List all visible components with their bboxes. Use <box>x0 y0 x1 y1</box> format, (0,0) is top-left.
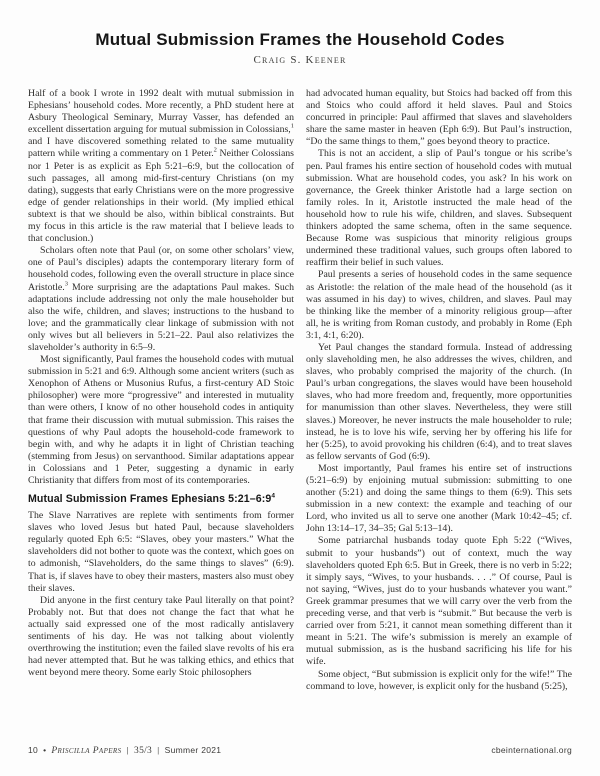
publisher-website: cbeinternational.org <box>491 745 572 755</box>
journal-name: Priscilla Papers <box>51 746 121 756</box>
section-heading: Mutual Submission Frames Ephesians 5:21–… <box>28 493 294 506</box>
body-paragraph: The Slave Narratives are replete with se… <box>28 510 294 595</box>
article-body: Half of a book I wrote in 1992 dealt wit… <box>28 88 572 726</box>
body-paragraph: Yet Paul changes the standard formula. I… <box>306 342 572 463</box>
page-number: 10 <box>28 745 38 755</box>
body-paragraph: This is not an accident, a slip of Paul’… <box>306 148 572 269</box>
footnote-marker: 1 <box>291 123 294 130</box>
article-author: Craig S. Keener <box>0 54 600 66</box>
body-paragraph: Half of a book I wrote in 1992 dealt wit… <box>28 88 294 245</box>
body-paragraph: Most significantly, Paul frames the hous… <box>28 354 294 487</box>
bullet-separator: • <box>43 745 46 755</box>
bar-separator: | <box>157 745 160 755</box>
page-footer: 10 • Priscilla Papers | 35/3 | Summer 20… <box>28 745 572 756</box>
left-column: Half of a book I wrote in 1992 dealt wit… <box>28 88 294 726</box>
masthead: Mutual Submission Frames the Household C… <box>0 0 600 66</box>
article-title: Mutual Submission Frames the Household C… <box>0 30 600 50</box>
body-paragraph: Paul presents a series of household code… <box>306 269 572 342</box>
body-paragraph: Most importantly, Paul frames his entire… <box>306 463 572 536</box>
bar-separator: | <box>127 745 130 755</box>
body-paragraph: Did anyone in the first century take Pau… <box>28 595 294 680</box>
body-paragraph: had advocated human equality, but Stoics… <box>306 88 572 148</box>
body-paragraph: Scholars often note that Paul (or, on so… <box>28 245 294 354</box>
footnote-marker: 3 <box>65 280 68 287</box>
footer-journal-info: 10 • Priscilla Papers | 35/3 | Summer 20… <box>28 745 221 756</box>
body-paragraph: Some object, “But submission is explicit… <box>306 669 572 693</box>
footnote-marker: 2 <box>214 147 217 154</box>
footnote-marker: 4 <box>271 493 275 500</box>
issue-season: Summer 2021 <box>165 745 222 755</box>
issue-number: 35/3 <box>134 746 152 756</box>
journal-page: Mutual Submission Frames the Household C… <box>0 0 600 776</box>
body-paragraph: Some patriarchal husbands today quote Ep… <box>306 535 572 668</box>
right-column: had advocated human equality, but Stoics… <box>306 88 572 726</box>
